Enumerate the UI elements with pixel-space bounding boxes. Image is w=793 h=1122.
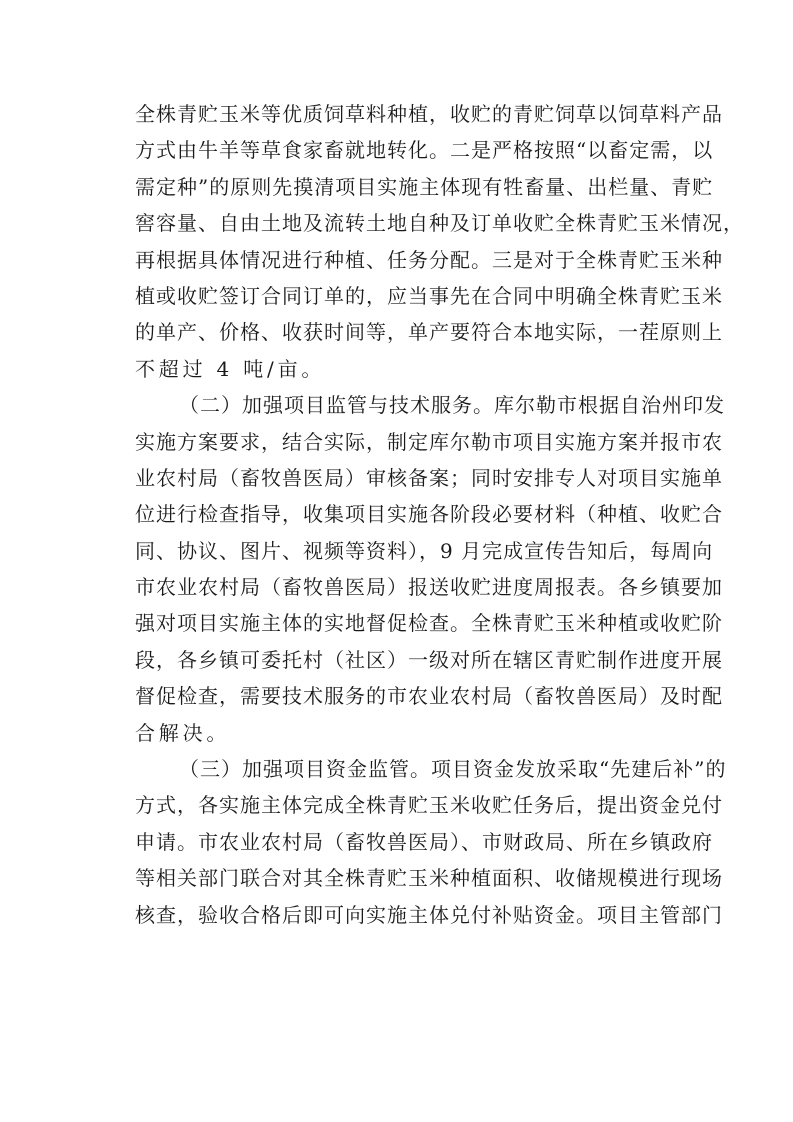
- text-line: 窖容量、自由土地及流转土地自种及订单收贮全株青贮玉米情况，: [135, 205, 683, 241]
- text-line: 业农村局（畜牧兽医局）审核备案；同时安排专人对项目实施单: [135, 460, 683, 496]
- text-line: 的单产、价格、收获时间等，单产要符合本地实际，一茬原则上: [135, 314, 683, 350]
- section-heading-line: （三）加强项目资金监管。项目资金发放采取“先建后补”的: [135, 751, 683, 787]
- text-line: 申请。市农业农村局（畜牧兽医局）、市财政局、所在乡镇政府: [135, 824, 683, 860]
- text-line: 位进行检查指导，收集项目实施各阶段必要材料（种植、收贮合: [135, 496, 683, 532]
- text-line: 植或收贮签订合同订单的，应当事先在合同中明确全株青贮玉米: [135, 278, 683, 314]
- text-line: 督促检查，需要技术服务的市农业农村局（畜牧兽医局）及时配: [135, 678, 683, 714]
- document-page: 全株青贮玉米等优质饲草料种植，收贮的青贮饲草以饲草料产品 方式由牛羊等草食家畜就…: [0, 0, 793, 1122]
- text-line: 同、协议、图片、视频等资料），9 月完成宣传告知后，每周向: [135, 533, 683, 569]
- text-line: 方式由牛羊等草食家畜就地转化。二是严格按照“以畜定需，以: [135, 132, 683, 168]
- text-line: 全株青贮玉米等优质饲草料种植，收贮的青贮饲草以饲草料产品: [135, 96, 683, 132]
- text-line: 方式，各实施主体完成全株青贮玉米收贮任务后，提出资金兑付: [135, 787, 683, 823]
- text-line: 核查，验收合格后即可向实施主体兑付补贴资金。项目主管部门: [135, 897, 683, 933]
- text-line: 再根据具体情况进行种植、任务分配。三是对于全株青贮玉米种: [135, 242, 683, 278]
- text-line: 段，各乡镇可委托村（社区）一级对所在辖区青贮制作进度开展: [135, 642, 683, 678]
- text-line: 合解决。: [135, 715, 683, 751]
- text-line: 等相关部门联合对其全株青贮玉米种植面积、收储规模进行现场: [135, 860, 683, 896]
- text-line: 实施方案要求，结合实际，制定库尔勒市项目实施方案并报市农: [135, 424, 683, 460]
- section-heading-line: （二）加强项目监管与技术服务。库尔勒市根据自治州印发: [135, 387, 683, 423]
- document-body: 全株青贮玉米等优质饲草料种植，收贮的青贮饲草以饲草料产品 方式由牛羊等草食家畜就…: [135, 96, 683, 933]
- text-line: 需定种”的原则先摸清项目实施主体现有牲畜量、出栏量、青贮: [135, 169, 683, 205]
- text-line: 强对项目实施主体的实地督促检查。全株青贮玉米种植或收贮阶: [135, 605, 683, 641]
- text-line: 市农业农村局（畜牧兽医局）报送收贮进度周报表。各乡镇要加: [135, 569, 683, 605]
- text-line: 不超过 4 吨/亩。: [135, 351, 683, 387]
